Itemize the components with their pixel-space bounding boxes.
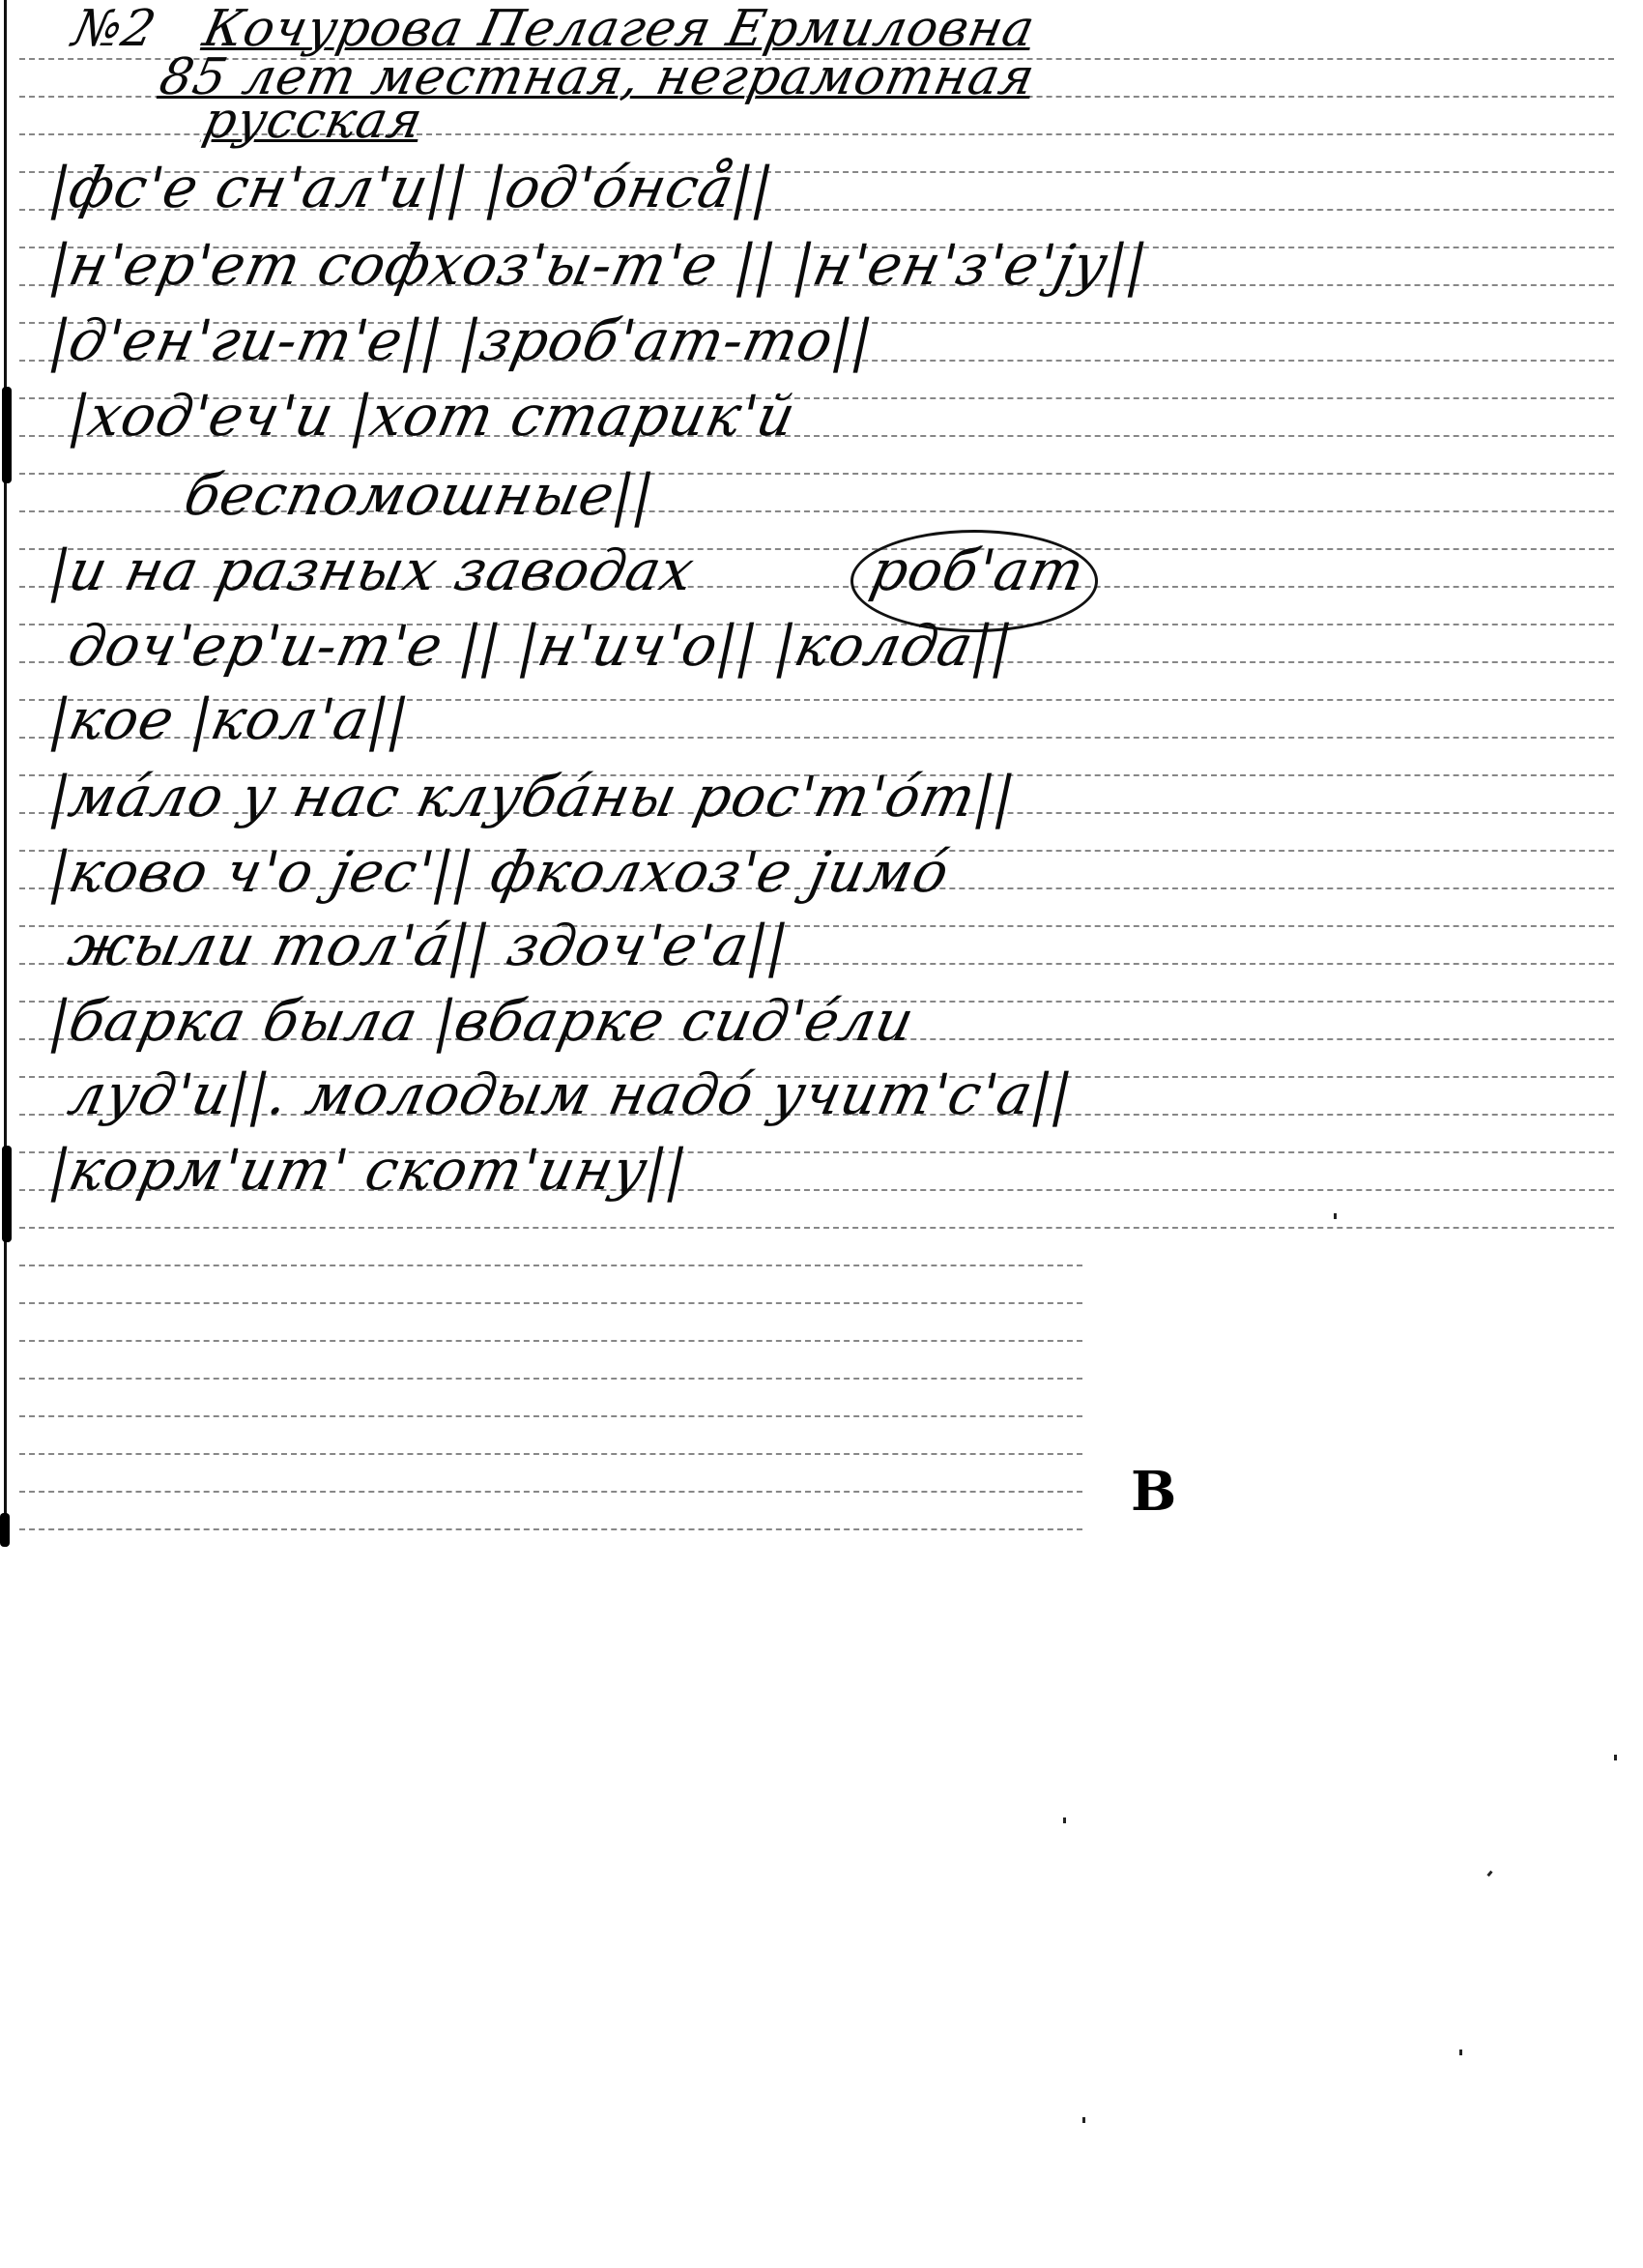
ruled-line bbox=[19, 1340, 1082, 1342]
transcript-line-3: |д'ен'ги-т'е|| |зроб'ат-то|| bbox=[43, 307, 879, 373]
transcript-line-10: |ково ч'о јес'|| фколхоз'е јимó bbox=[43, 839, 956, 905]
ruled-line bbox=[19, 1265, 1082, 1266]
transcript-line-1: |фс'е сн'ал'и|| |од'óнсå|| bbox=[43, 155, 780, 220]
corner-mark: В bbox=[1131, 1460, 1176, 1524]
notebook-page: №2 Кочурова Пелагея Ермиловна 85 лет мес… bbox=[0, 0, 1643, 2268]
ruled-line bbox=[19, 1378, 1082, 1380]
speck bbox=[1063, 1817, 1066, 1823]
ruled-line bbox=[19, 1491, 1082, 1493]
transcript-line-8: |кое |кол'а|| bbox=[43, 686, 416, 752]
transcript-line-14: |корм'ит' скот'ину|| bbox=[43, 1137, 694, 1203]
ruled-line bbox=[19, 1415, 1082, 1417]
left-bracket-bottom bbox=[2, 1146, 12, 1242]
transcript-line-11: жыли тол'á|| здоч'е'а|| bbox=[63, 913, 795, 978]
margin-line bbox=[4, 0, 7, 1547]
speck bbox=[1486, 1871, 1492, 1877]
speck bbox=[1334, 1213, 1337, 1219]
transcript-line-12: |барка была |вбарке сид'éли bbox=[43, 988, 920, 1054]
speaker-nationality: русская bbox=[198, 92, 428, 150]
transcript-line-5: беспомошные|| bbox=[179, 462, 661, 528]
transcript-line-2: |н'ер'ет софхоз'ы-т'е || |н'ен'з'е'ју|| bbox=[43, 232, 1154, 298]
speck bbox=[1082, 2117, 1085, 2123]
left-bracket-top bbox=[2, 387, 12, 483]
ruled-line bbox=[19, 1453, 1082, 1455]
transcript-line-9: |мáло у нас клубáны рос'т'óт|| bbox=[43, 764, 1022, 829]
ruled-line bbox=[19, 1227, 1614, 1229]
transcript-line-7: доч'ер'и-т'е || |н'ич'о|| |колда|| bbox=[63, 613, 1020, 679]
transcript-line-13: луд'и||. молодым надó учит'с'а|| bbox=[63, 1061, 1079, 1127]
left-bracket-lower bbox=[0, 1513, 10, 1547]
ruled-line bbox=[19, 1528, 1082, 1530]
transcript-line-4: |ход'еч'и |хот старик'й bbox=[63, 383, 802, 449]
ruled-line bbox=[19, 1302, 1082, 1304]
speck bbox=[1459, 2050, 1462, 2055]
speck bbox=[1614, 1755, 1617, 1760]
transcript-line-6: |и на разных заводах bbox=[43, 538, 701, 603]
record-number: №2 bbox=[68, 0, 161, 58]
